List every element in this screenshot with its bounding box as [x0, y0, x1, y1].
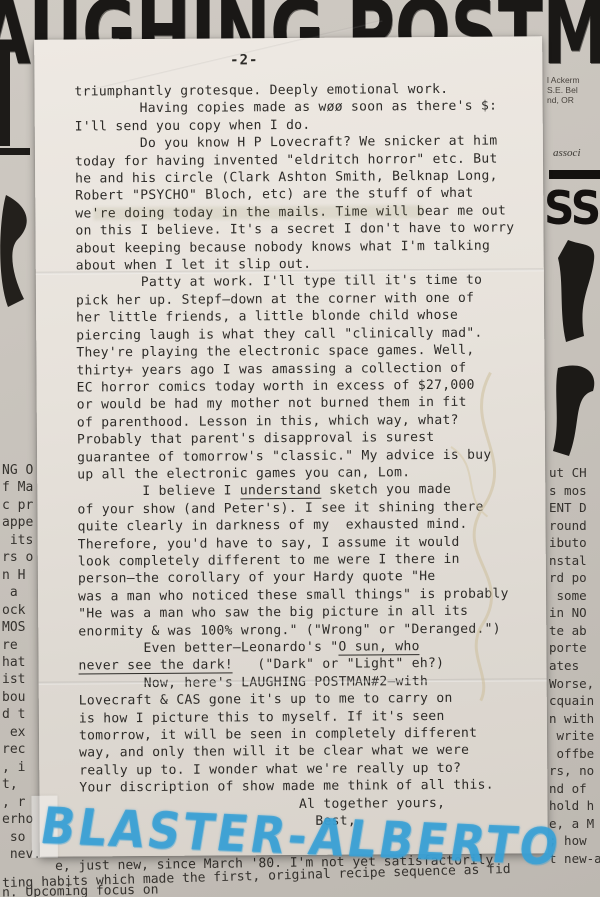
- ink-bleed-smudge: [93, 205, 423, 220]
- glue-stain: [420, 366, 542, 707]
- page-number: -2-: [0, 51, 498, 71]
- ink-blot-shape: [556, 240, 600, 344]
- letter-sheet: -2- triumphantly grotesque. Deeply emoti…: [34, 36, 548, 857]
- letter-line: about keeping because nobody knows what …: [76, 237, 544, 258]
- letter-line: They're playing the electronic space gam…: [76, 341, 544, 362]
- ink-blot-shape: [551, 364, 599, 458]
- ink-blot-shape: [0, 50, 36, 320]
- letter-line: pick her up. Stepf—down at the corner wi…: [76, 289, 544, 310]
- bg-bottom-line: n. Upcoming focus on: [2, 882, 159, 897]
- scanned-letter-page: AUGHING POSTMA NG Of Mac prappe itsrs on…: [0, 0, 600, 897]
- letter-line: Your discription of show made me think o…: [79, 776, 547, 797]
- letter-line: Having copies made as wøø soon as there'…: [75, 98, 543, 119]
